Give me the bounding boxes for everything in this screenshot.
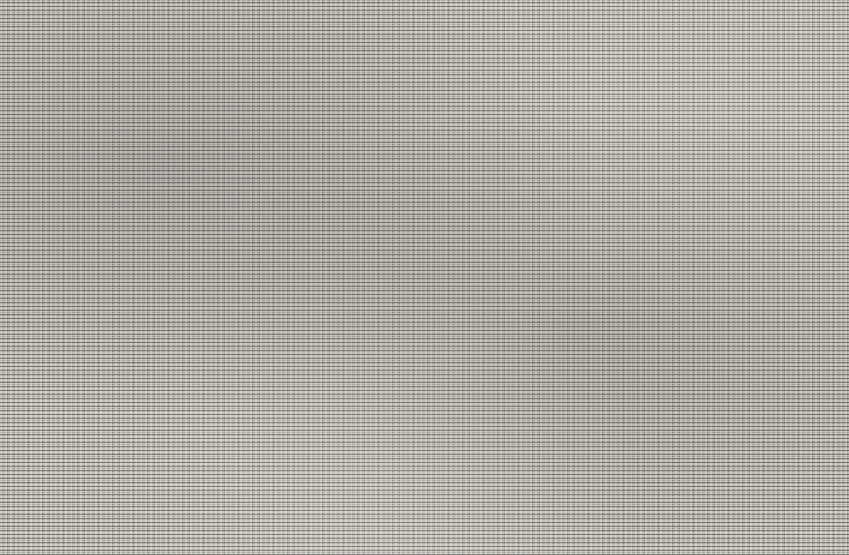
fabric-texture-image: Close-up of a gray and off-white woven r…: [0, 0, 849, 555]
texture-shading: [0, 0, 849, 555]
